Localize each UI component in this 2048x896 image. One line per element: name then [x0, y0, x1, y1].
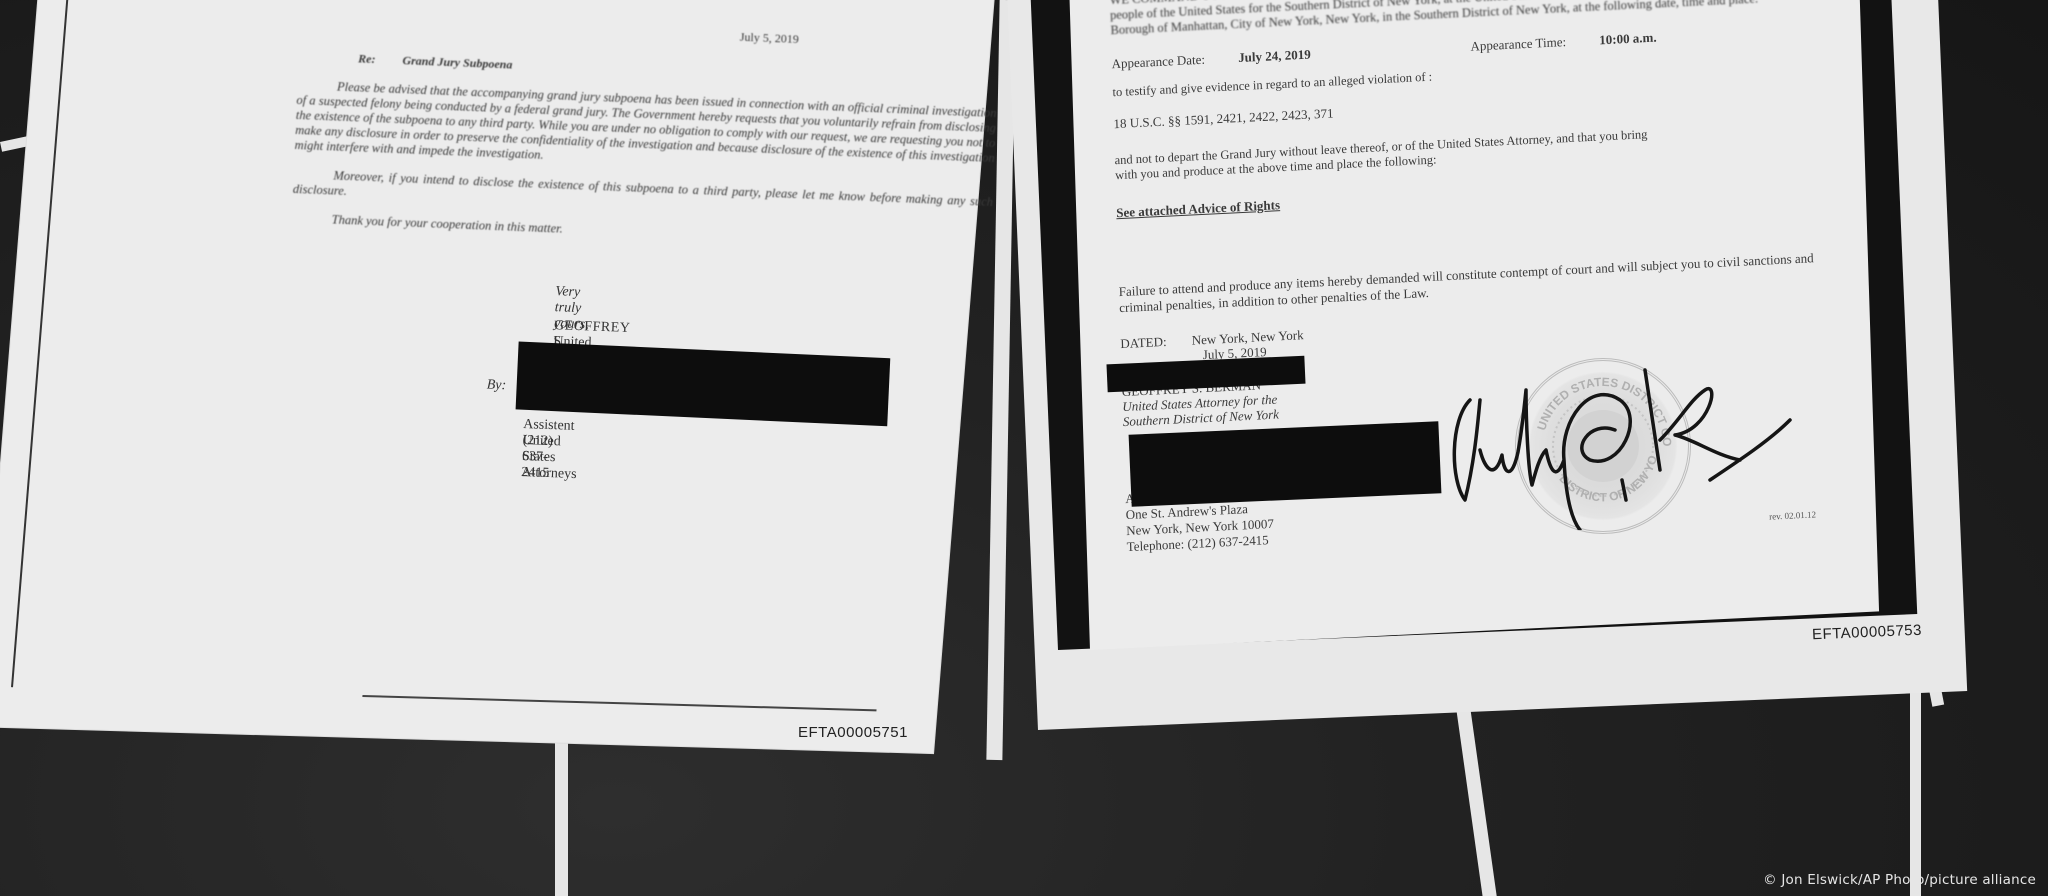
photo-credit: © Jon Elswick/AP Photo/picture alliance [1763, 872, 2036, 888]
by-label: By: [486, 378, 506, 395]
dated-label: DATED: [1120, 334, 1167, 351]
phone-number: (212) 637-2415 [521, 433, 553, 482]
handwritten-signature [1440, 360, 1800, 530]
appearance-time-label: Appearance Time: [1470, 34, 1566, 54]
appearance-date-label: Appearance Date: [1111, 52, 1205, 72]
redaction-bar [1129, 421, 1442, 506]
bates-number: EFTA00005751 [798, 724, 908, 741]
letter-paragraph: Please be advised that the accompanying … [294, 78, 996, 181]
re-label: Re: [358, 51, 376, 66]
page-border [362, 695, 876, 711]
paper-edge [555, 740, 568, 896]
cover-letter: July 5, 2019 Re: Grand Jury Subpoena Ple… [291, 12, 999, 254]
appearance-time: 10:00 a.m. [1599, 30, 1657, 48]
re-subject: Grand Jury Subpoena [402, 53, 513, 71]
appearance-date: July 24, 2019 [1238, 47, 1311, 66]
subpoena-page: GREETINGS: WE COMMAND YOU that all and s… [1068, 0, 1879, 650]
